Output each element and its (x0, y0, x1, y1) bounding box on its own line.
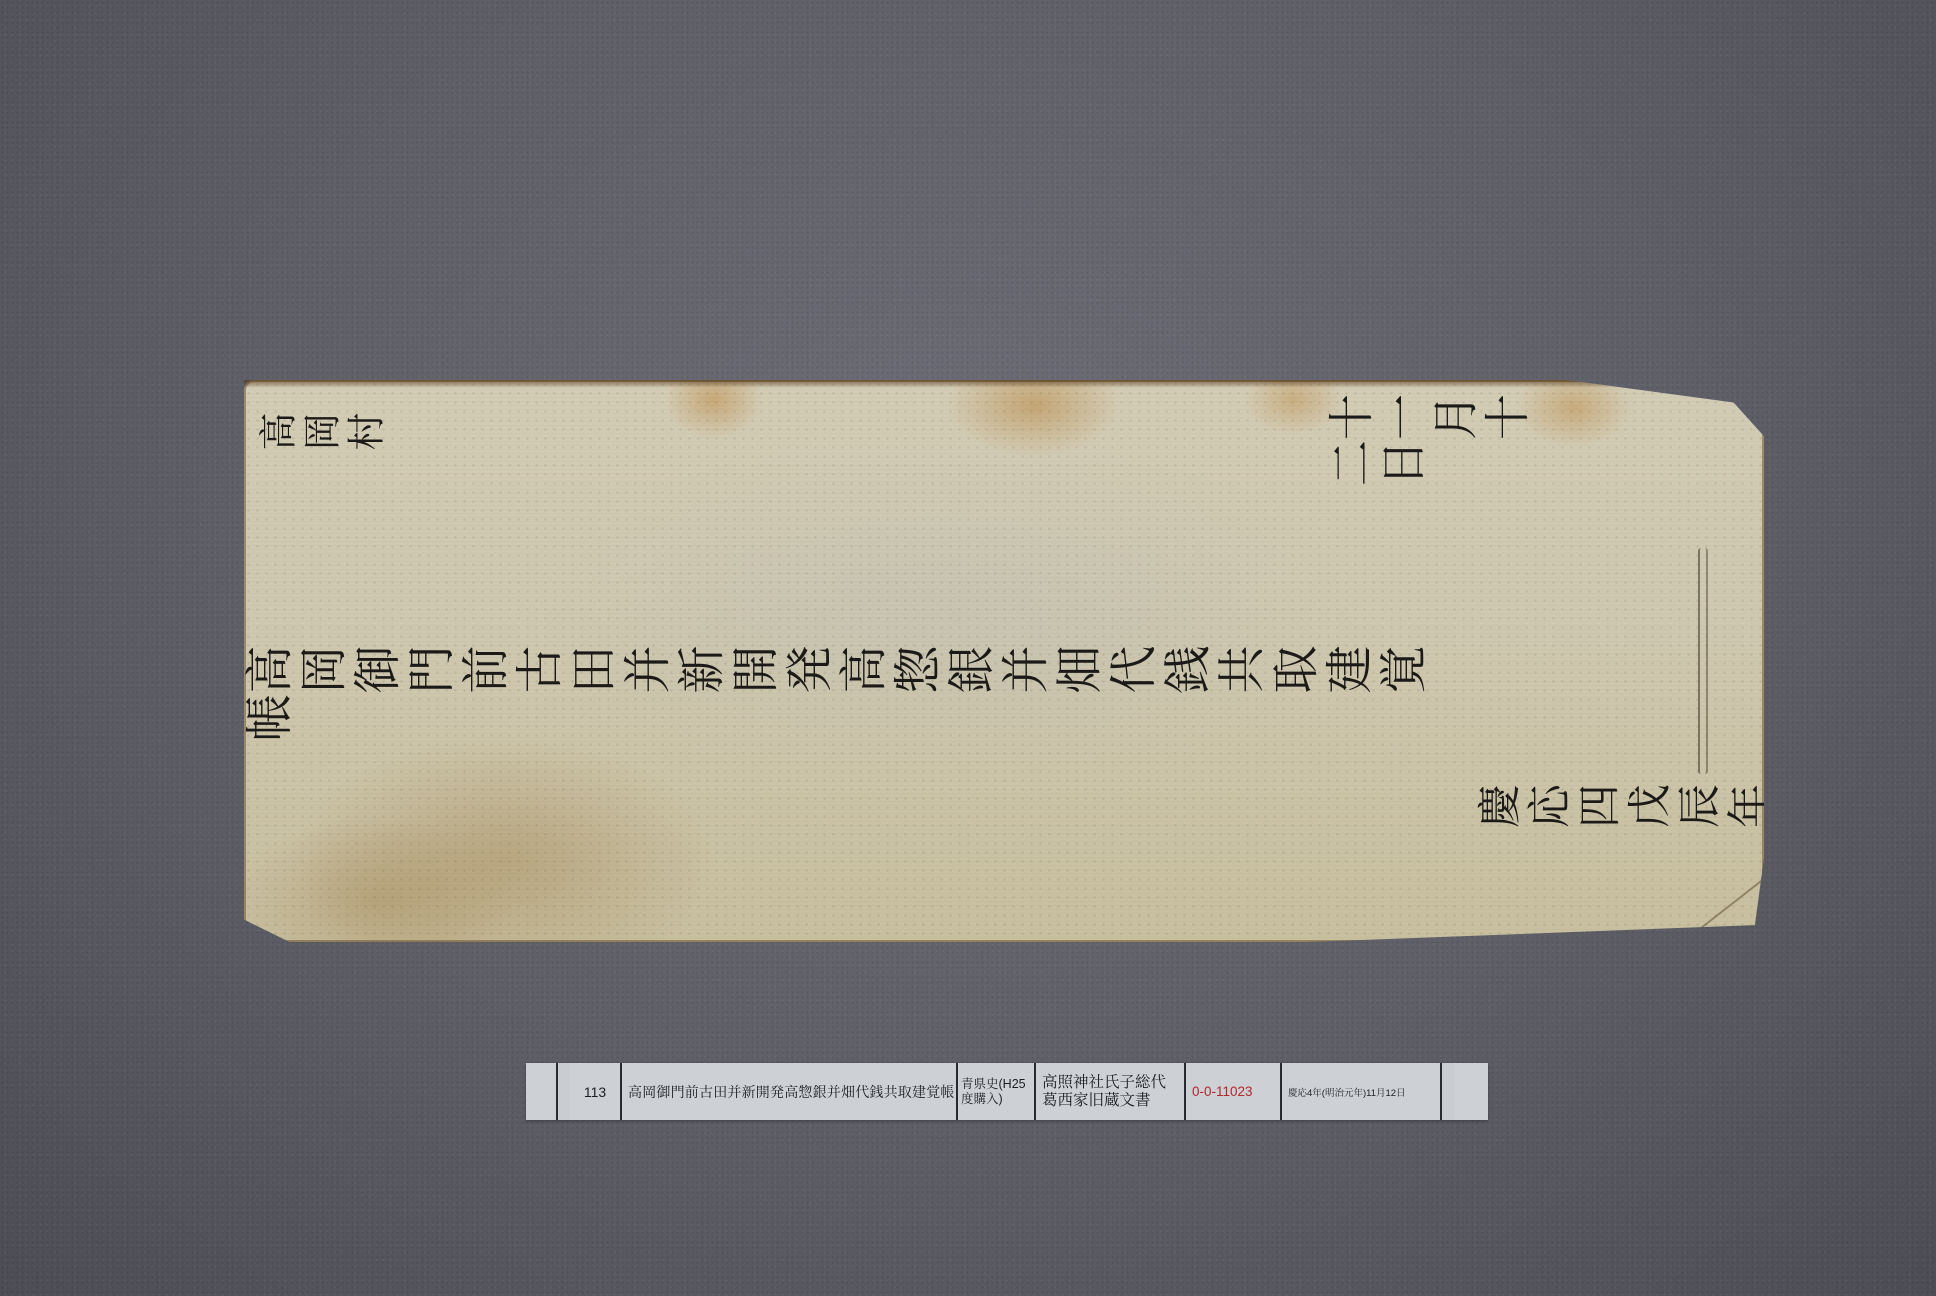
label-gap (558, 1063, 570, 1120)
label-collection: 高照神社氏子総代 葛西家旧蔵文書 (1036, 1063, 1186, 1120)
label-source-line2: 度購入) (961, 1092, 1026, 1107)
archival-document: 慶応四戊辰年 高岡御門前古田并新開発高惣銀并畑代銭共取建覚帳 十一月十二日 高岡… (244, 380, 1764, 942)
label-catalog-id: 0-0-11023 (1186, 1063, 1282, 1120)
label-gap (1442, 1063, 1454, 1120)
calligraphy-title-column: 高岡御門前古田并新開発高惣銀并畑代銭共取建覚帳 (244, 650, 1454, 710)
label-blank-cell (1454, 1063, 1488, 1120)
label-collection-line2: 葛西家旧蔵文書 (1042, 1092, 1166, 1110)
label-document-title: 高岡御門前古田并新開発高惣銀并畑代銭共取建覚帳 (622, 1063, 958, 1120)
label-item-number: 113 (570, 1063, 622, 1120)
top-corner-crease (1642, 331, 1770, 412)
folded-corner-crease (1569, 870, 1775, 1032)
calligraphy-date-column: 慶応四戊辰年 (1476, 789, 1776, 841)
calligraphy-village-column: 高岡村 (258, 416, 498, 464)
catalog-label-strip: 113 高岡御門前古田并新開発高惣銀并畑代銭共取建覚帳 青県史(H25 度購入)… (526, 1063, 1488, 1120)
calligraphy-day-column: 十一月十二日 (1327, 397, 1557, 453)
label-date: 慶応4年(明治元年)11月12日 (1282, 1063, 1442, 1120)
label-blank-cell (526, 1063, 558, 1120)
label-source-line1: 青県史(H25 (961, 1077, 1026, 1092)
label-source: 青県史(H25 度購入) (958, 1063, 1036, 1120)
label-collection-line1: 高照神社氏子総代 (1042, 1074, 1166, 1092)
pasted-slip-mark (1698, 548, 1708, 774)
